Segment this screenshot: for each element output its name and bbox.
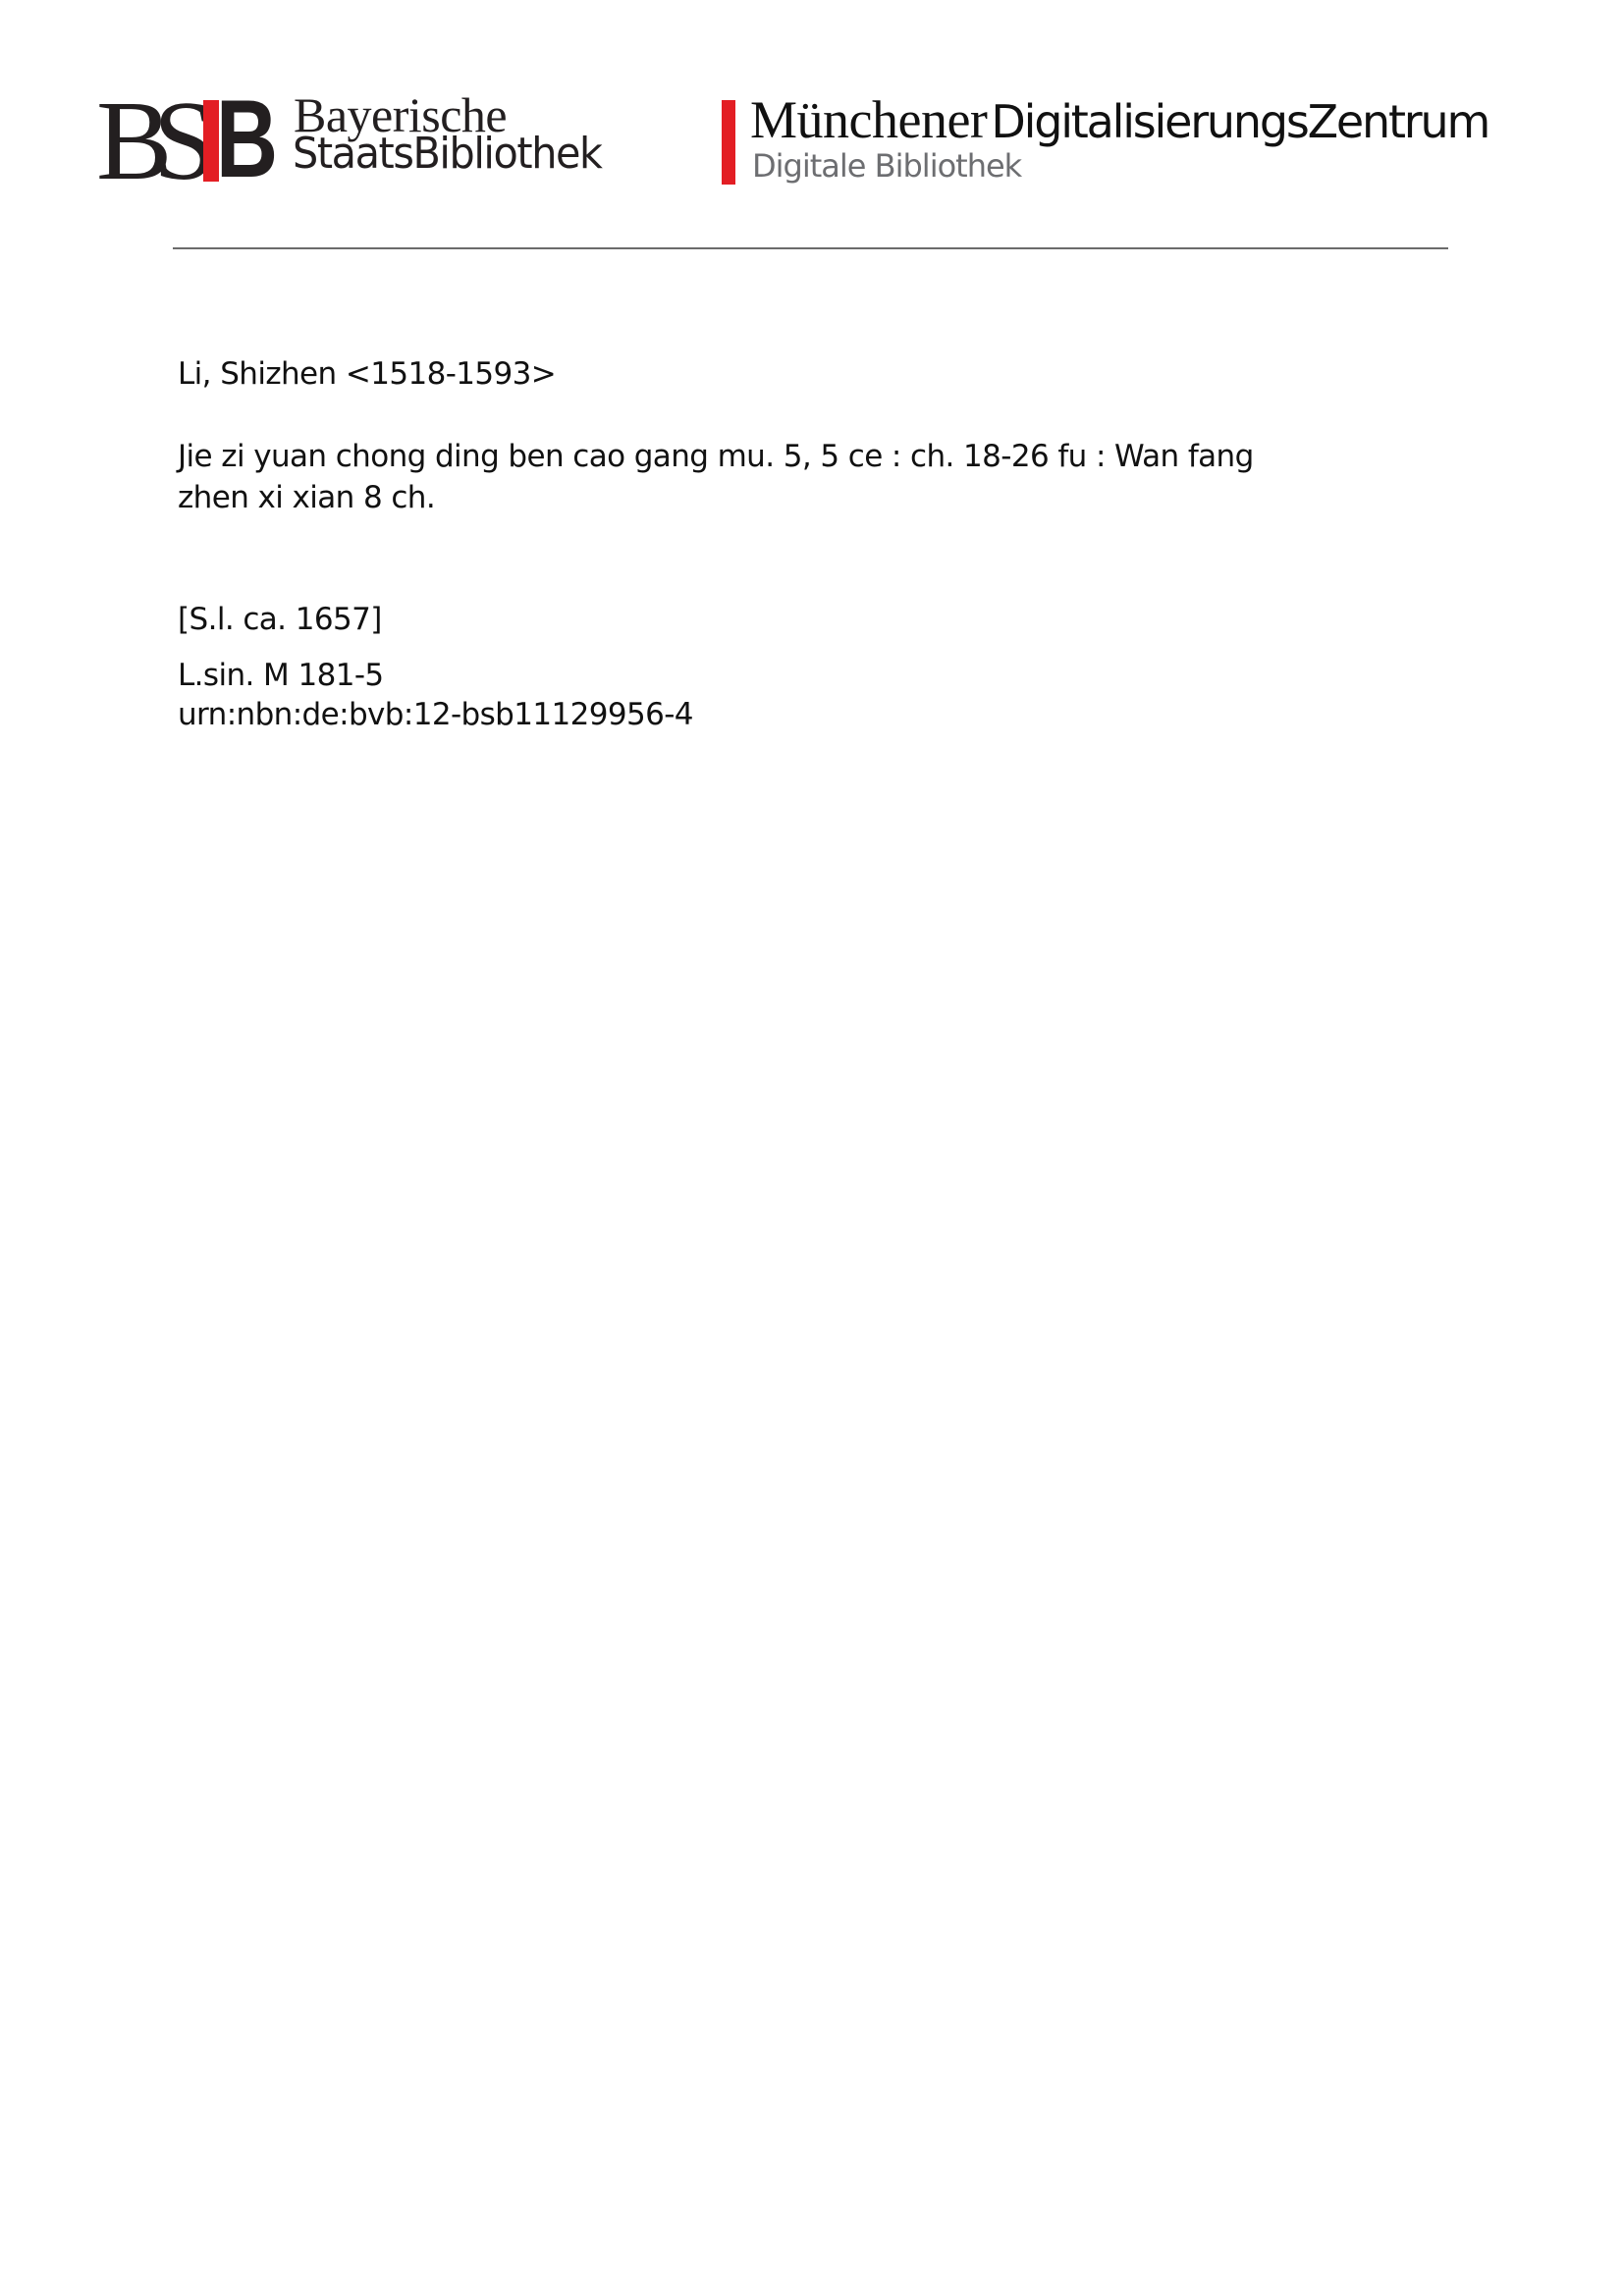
- bsb-logo-monogram: B S B: [96, 98, 279, 185]
- mdz-logo-title-serif: Münchener: [750, 90, 987, 149]
- bsb-logo-letter-b-bold: B: [216, 84, 278, 194]
- record-imprint: [S.l. ca. 1657]: [178, 605, 382, 635]
- mdz-logo-red-bar: [722, 100, 735, 185]
- mdz-logo-subtitle: Digitale Bibliothek: [752, 150, 1021, 182]
- bsb-logo-name-line2: StaatsBibliothek: [293, 133, 602, 176]
- record-author: Li, Shizhen <1518-1593>: [178, 359, 556, 390]
- record-urn: urn:nbn:de:bvb:12-bsb11129956-4: [178, 700, 693, 730]
- mdz-logo-title: Münchener DigitalisierungsZentrum: [750, 93, 1488, 146]
- record-title-line1: Jie zi yuan chong ding ben cao gang mu. …: [178, 442, 1254, 472]
- record-title-line2: zhen xi xian 8 ch.: [178, 483, 435, 513]
- header-divider: [173, 247, 1448, 249]
- mdz-logo-title-sans: DigitalisierungsZentrum: [991, 95, 1488, 148]
- record-shelfmark: L.sin. M 181-5: [178, 661, 384, 691]
